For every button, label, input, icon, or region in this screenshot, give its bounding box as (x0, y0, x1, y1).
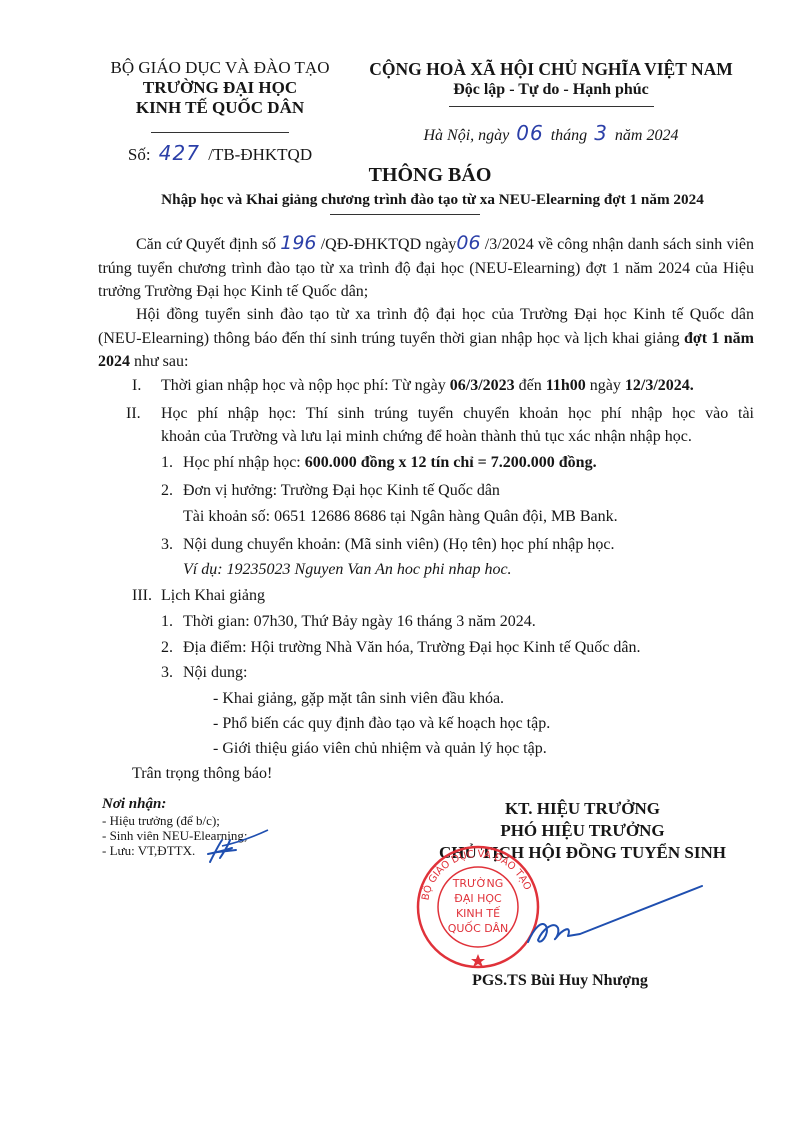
initials-mark-icon (200, 828, 290, 868)
national-header: CỘNG HOÀ XÃ HỘI CHỦ NGHĨA VIỆT NAM Độc l… (355, 58, 747, 145)
date-day-handwritten: 06 (516, 121, 543, 145)
closing-line: Trân trọng thông báo! (132, 762, 272, 786)
fee-item-number: 1. (161, 451, 173, 475)
p1-mid: /QĐ-ĐHKTQD ngày (321, 236, 457, 253)
issuer-block: BỘ GIÁO DỤC VÀ ĐÀO TẠO TRƯỜNG ĐẠI HỌC KI… (90, 58, 350, 165)
section3-heading: Lịch Khai giảng (161, 584, 265, 608)
svg-text:KINH TẾ: KINH TẾ (456, 906, 500, 920)
transfer-example: Ví dụ: 19235023 Nguyen Van An hoc phi nh… (183, 558, 512, 582)
transfer-content: Nội dung chuyển khoản: (Mã sinh viên) (H… (183, 533, 614, 557)
ceremony-venue: Địa điểm: Hội trường Nhà Văn hóa, Trường… (183, 636, 640, 660)
fee-amount: 600.000 đồng x 12 tín chỉ = 7.200.000 đồ… (305, 454, 597, 471)
national-title: CỘNG HOÀ XÃ HỘI CHỦ NGHĨA VIỆT NAM (355, 58, 747, 80)
ceremony-content-label: Nội dung: (183, 661, 247, 685)
svg-text:QUỐC DÂN: QUỐC DÂN (448, 921, 509, 935)
university-name-line1: TRƯỜNG ĐẠI HỌC (90, 78, 350, 98)
signer-title-line1: KT. HIỆU TRƯỞNG (405, 798, 760, 820)
p2-prefix: Hội đồng tuyển sinh đào tạo từ xa trình … (98, 306, 754, 347)
signature-icon (520, 880, 720, 960)
motto-divider (449, 106, 654, 107)
date-year: năm 2024 (615, 127, 679, 144)
bank-account: Tài khoản số: 0651 12686 8686 tại Ngân h… (183, 505, 618, 529)
section2-numeral: II. (126, 402, 141, 426)
national-motto: Độc lập - Tự do - Hạnh phúc (355, 80, 747, 100)
document-subtitle: Nhập học và Khai giảng chương trình đào … (100, 190, 765, 210)
section2-line2: khoản của Trường và lưu lại minh chứng đ… (161, 425, 692, 449)
ceremony-time-number: 1. (161, 610, 173, 634)
intro-paragraph-2: Hội đồng tuyển sinh đào tạo từ xa trình … (98, 303, 754, 374)
enroll-from-date: 06/3/2023 (450, 377, 515, 394)
section1-prefix: Thời gian nhập học và nộp học phí: Từ ng… (161, 377, 446, 394)
beneficiary-item-number: 2. (161, 479, 173, 503)
content-bullet: - Phổ biến các quy định đào tạo và kế ho… (213, 712, 550, 736)
issuer-divider (151, 132, 289, 133)
transfer-content-item-number: 3. (161, 533, 173, 557)
recipients-heading: Nơi nhận: (102, 795, 342, 813)
ceremony-time: Thời gian: 07h30, Thứ Bảy ngày 16 tháng … (183, 610, 536, 634)
section1-text: Thời gian nhập học và nộp học phí: Từ ng… (161, 374, 694, 398)
section2-line1: Học phí nhập học: Thí sinh trúng tuyển c… (161, 402, 754, 426)
beneficiary-name: Đơn vị hưởng: Trường Đại học Kinh tế Quố… (183, 479, 500, 503)
section3-numeral: III. (132, 584, 152, 608)
signer-title-line2: PHÓ HIỆU TRƯỞNG (405, 820, 760, 842)
ceremony-venue-number: 2. (161, 636, 173, 660)
svg-text:TRƯỜNG: TRƯỜNG (452, 877, 504, 890)
enroll-deadline-time: 11h00 (546, 377, 586, 394)
section1-to-word: đến (519, 377, 542, 394)
date-prefix: Hà Nội, ngày (424, 127, 510, 144)
fee-label: Học phí nhập học: (183, 454, 301, 471)
university-name-line2: KINH TẾ QUỐC DÂN (90, 98, 350, 118)
document-title: THÔNG BÁO (120, 162, 740, 188)
issue-date: Hà Nội, ngày 06 tháng 3 năm 2024 (355, 121, 747, 145)
svg-text:ĐẠI HỌC: ĐẠI HỌC (454, 892, 502, 905)
ministry-name: BỘ GIÁO DỤC VÀ ĐÀO TẠO (90, 58, 350, 78)
content-bullet: - Khai giảng, gặp mặt tân sinh viên đầu … (213, 687, 504, 711)
intro-paragraph-1: Căn cứ Quyết định số 196 /QĐ-ĐHKTQD ngày… (98, 232, 754, 304)
ceremony-content-number: 3. (161, 661, 173, 685)
decision-day-handwritten: 06 (456, 232, 480, 254)
content-bullet: - Giới thiệu giáo viên chủ nhiệm và quản… (213, 737, 547, 761)
section1-numeral: I. (132, 374, 141, 398)
decision-number-handwritten: 196 (280, 232, 316, 254)
date-month-label: tháng (551, 127, 587, 144)
p2-suffix: như sau: (134, 353, 188, 370)
enroll-to-date: 12/3/2024. (625, 377, 694, 394)
signer-name: PGS.TS Bùi Huy Nhượng (440, 972, 680, 990)
recipient-item: - Hiệu trưởng (để b/c); (102, 813, 342, 828)
fee-item: Học phí nhập học: 600.000 đồng x 12 tín … (183, 451, 597, 475)
p1-prefix: Căn cứ Quyết định số (136, 236, 276, 253)
date-month-handwritten: 3 (594, 121, 608, 145)
section1-day-word: ngày (590, 377, 621, 394)
title-divider (330, 214, 480, 215)
